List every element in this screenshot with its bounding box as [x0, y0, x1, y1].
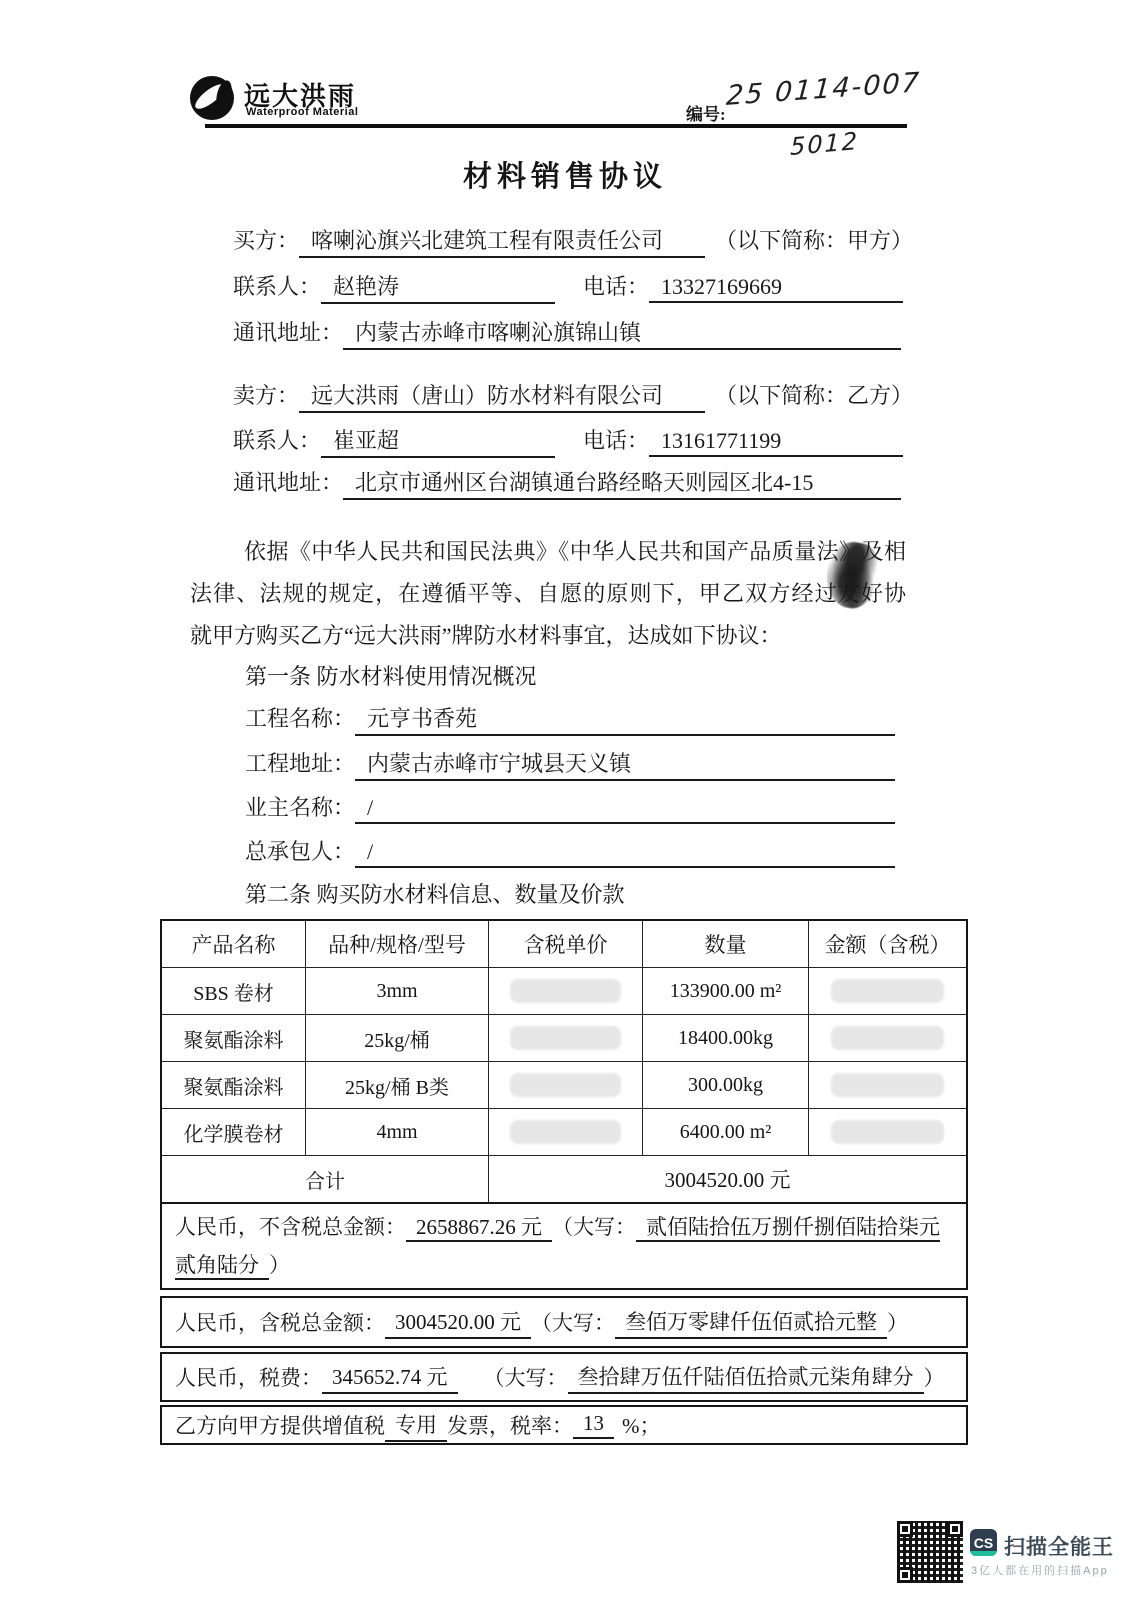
close-paren: ）	[887, 1307, 908, 1337]
amount-cell	[809, 968, 966, 1015]
preamble-line: 依据《中华人民共和国民法典》《中华人民共和国产品质量法》及相关	[190, 531, 906, 573]
incl-tax-caps: 叁佰万零肆仟伍佰贰拾元整	[615, 1306, 887, 1339]
logo-name-en: Waterproof Material	[246, 106, 358, 118]
tax-rate: 13	[573, 1411, 614, 1439]
seller-row: 卖方： 远大洪雨（唐山）防水材料有限公司 （以下简称：乙方）	[233, 379, 913, 413]
total-label: 合计	[162, 1156, 489, 1202]
seller-name: 远大洪雨（唐山）防水材料有限公司	[299, 379, 705, 413]
unit-price-cell	[489, 968, 643, 1015]
invoice-box: 乙方向甲方提供增值税专用发票，税率：13%；	[160, 1405, 968, 1445]
product-name: 聚氨酯涂料	[162, 1015, 306, 1062]
redacted-value	[510, 979, 620, 1003]
tax-value: 345652.74 元	[322, 1361, 458, 1394]
product-table: 产品名称 品种/规格/型号 含税单价 数量 金额（含税） SBS 卷材 3mm …	[160, 919, 968, 1204]
unit-price-cell	[489, 1015, 643, 1062]
seller-alias: （以下简称：乙方）	[715, 379, 913, 410]
quantity: 133900.00 m²	[643, 968, 809, 1015]
seller-label: 卖方：	[233, 379, 299, 410]
product-name: 化学膜卷材	[162, 1109, 306, 1156]
invoice-prefix: 乙方向甲方提供增值税	[175, 1410, 385, 1440]
incl-tax-label: 人民币，含税总金额：	[175, 1307, 385, 1337]
general-contractor-label: 总承包人：	[245, 835, 355, 866]
daxie-label: （大写：	[531, 1307, 615, 1337]
buyer-contact-row: 联系人： 赵艳涛 电话： 13327169669	[233, 270, 903, 304]
quantity: 18400.00kg	[643, 1015, 809, 1062]
preamble-line: 就甲方购买乙方“远大洪雨”牌防水材料事宜，达成如下协议：	[190, 615, 906, 657]
clause2-heading: 第二条 购买防水材料信息、数量及价款	[245, 878, 625, 909]
amount-cell	[809, 1015, 966, 1062]
unit-price-cell	[489, 1109, 643, 1156]
amount-box-incl-tax: 人民币，含税总金额：3004520.00 元（大写：叁佰万零肆仟伍佰贰拾元整）	[160, 1296, 968, 1348]
seller-address-row: 通讯地址： 北京市通州区台湖镇通台路经略天则园区北4-15	[233, 466, 901, 500]
document-title: 材料销售协议	[0, 154, 1130, 195]
amount-box-tax: 人民币，税费：345652.74 元（大写：叁拾肆万伍仟陆佰伍拾贰元柒角肆分）	[160, 1352, 968, 1402]
qr-finder-icon	[947, 1521, 963, 1537]
amount-cell	[809, 1062, 966, 1109]
unit-price-cell	[489, 1062, 643, 1109]
invoice-suffix: %；	[622, 1410, 661, 1440]
seller-address-label: 通讯地址：	[233, 466, 343, 497]
seller-contact-row: 联系人： 崔亚超 电话： 13161771199	[233, 424, 903, 458]
product-name: SBS 卷材	[162, 968, 306, 1015]
project-name: 元亨书香苑	[355, 702, 895, 736]
col-header-spec: 品种/规格/型号	[306, 921, 489, 968]
total-value: 3004520.00 元	[489, 1156, 966, 1202]
daxie-label: （大写：	[552, 1215, 636, 1239]
project-address-row: 工程地址： 内蒙古赤峰市宁城县天义镇	[245, 747, 895, 781]
product-spec: 3mm	[306, 968, 489, 1015]
doc-number-handwritten: 25 0114-007	[725, 67, 922, 112]
amount-cell	[809, 1109, 966, 1156]
product-spec: 25kg/桶 B类	[306, 1062, 489, 1109]
product-spec: 25kg/桶	[306, 1015, 489, 1062]
amount-box-excl-tax: 人民币，不含税总金额：2658867.26 元（大写：贰佰陆拾伍万捌仟捌佰陆拾柒…	[160, 1202, 968, 1290]
owner-name: /	[355, 795, 895, 824]
col-header-quantity: 数量	[643, 921, 809, 968]
tax-label: 人民币，税费：	[175, 1362, 322, 1392]
buyer-address-label: 通讯地址：	[233, 316, 343, 347]
redacted-value	[510, 1026, 620, 1050]
redacted-value	[831, 1073, 944, 1097]
invoice-type: 专用	[385, 1409, 447, 1442]
scanned-contract-page: 远大洪雨 Waterproof Material 编号: 25 0114-007…	[0, 0, 1130, 1600]
buyer-phone: 13327169669	[649, 274, 903, 303]
buyer-address-row: 通讯地址： 内蒙古赤峰市喀喇沁旗锦山镇	[233, 316, 901, 350]
scanner-app-name: 扫描全能王	[1004, 1531, 1114, 1561]
daxie-label: （大写：	[484, 1362, 568, 1392]
buyer-contact-label: 联系人：	[233, 270, 321, 301]
project-address: 内蒙古赤峰市宁城县天义镇	[355, 747, 895, 781]
qr-finder-icon	[897, 1521, 913, 1537]
buyer-alias: （以下简称：甲方）	[715, 224, 913, 255]
preamble-line: 法律、法规的规定，在遵循平等、自愿的原则下，甲乙双方经过友好协商，	[190, 573, 906, 615]
redacted-value	[510, 1120, 620, 1144]
close-paren: ）	[924, 1362, 945, 1392]
preamble: 依据《中华人民共和国民法典》《中华人民共和国产品质量法》及相关 法律、法规的规定…	[190, 531, 906, 657]
scanner-app-tagline: 3亿人都在用的扫描App	[971, 1562, 1109, 1578]
col-header-amount: 金额（含税）	[809, 921, 966, 968]
col-header-product: 产品名称	[162, 921, 306, 968]
owner-name-label: 业主名称：	[245, 791, 355, 822]
buyer-row: 买方： 喀喇沁旗兴北建筑工程有限责任公司 （以下简称：甲方）	[233, 224, 913, 258]
tax-caps: 叁拾肆万伍仟陆佰伍拾贰元柒角肆分	[568, 1361, 924, 1394]
buyer-name: 喀喇沁旗兴北建筑工程有限责任公司	[299, 224, 705, 258]
project-name-label: 工程名称：	[245, 702, 355, 733]
quantity: 6400.00 m²	[643, 1109, 809, 1156]
seller-address: 北京市通州区台湖镇通台路经略天则园区北4-15	[343, 466, 901, 500]
redacted-value	[831, 1120, 944, 1144]
redacted-value	[510, 1073, 620, 1097]
owner-name-row: 业主名称： /	[245, 791, 895, 824]
col-header-unit-price: 含税单价	[489, 921, 643, 968]
buyer-contact-name: 赵艳涛	[321, 270, 555, 304]
company-logo-icon	[190, 76, 234, 120]
seller-phone: 13161771199	[649, 428, 903, 457]
seller-phone-label: 电话：	[583, 424, 649, 455]
redacted-value	[831, 979, 944, 1003]
excl-tax-value: 2658867.26 元	[406, 1215, 552, 1242]
seller-contact-name: 崔亚超	[321, 424, 555, 458]
invoice-mid: 发票，税率：	[447, 1410, 573, 1440]
doc-number-label: 编号:	[686, 100, 726, 125]
seller-contact-label: 联系人：	[233, 424, 321, 455]
product-name: 聚氨酯涂料	[162, 1062, 306, 1109]
buyer-label: 买方：	[233, 224, 299, 255]
camscanner-icon: CS	[970, 1529, 997, 1556]
general-contractor: /	[355, 839, 895, 868]
qr-code	[897, 1521, 963, 1583]
general-contractor-row: 总承包人： /	[245, 835, 895, 868]
project-name-row: 工程名称： 元亨书香苑	[245, 702, 895, 736]
redacted-value	[831, 1026, 944, 1050]
quantity: 300.00kg	[643, 1062, 809, 1109]
buyer-address: 内蒙古赤峰市喀喇沁旗锦山镇	[343, 316, 901, 350]
header-rule	[205, 124, 907, 128]
excl-tax-label: 人民币，不含税总金额：	[175, 1215, 406, 1239]
product-spec: 4mm	[306, 1109, 489, 1156]
close-paren: ）	[269, 1253, 290, 1277]
qr-finder-icon	[897, 1567, 913, 1583]
incl-tax-value: 3004520.00 元	[385, 1306, 531, 1339]
project-address-label: 工程地址：	[245, 747, 355, 778]
buyer-phone-label: 电话：	[583, 270, 649, 301]
clause1-heading: 第一条 防水材料使用情况概况	[245, 660, 537, 691]
